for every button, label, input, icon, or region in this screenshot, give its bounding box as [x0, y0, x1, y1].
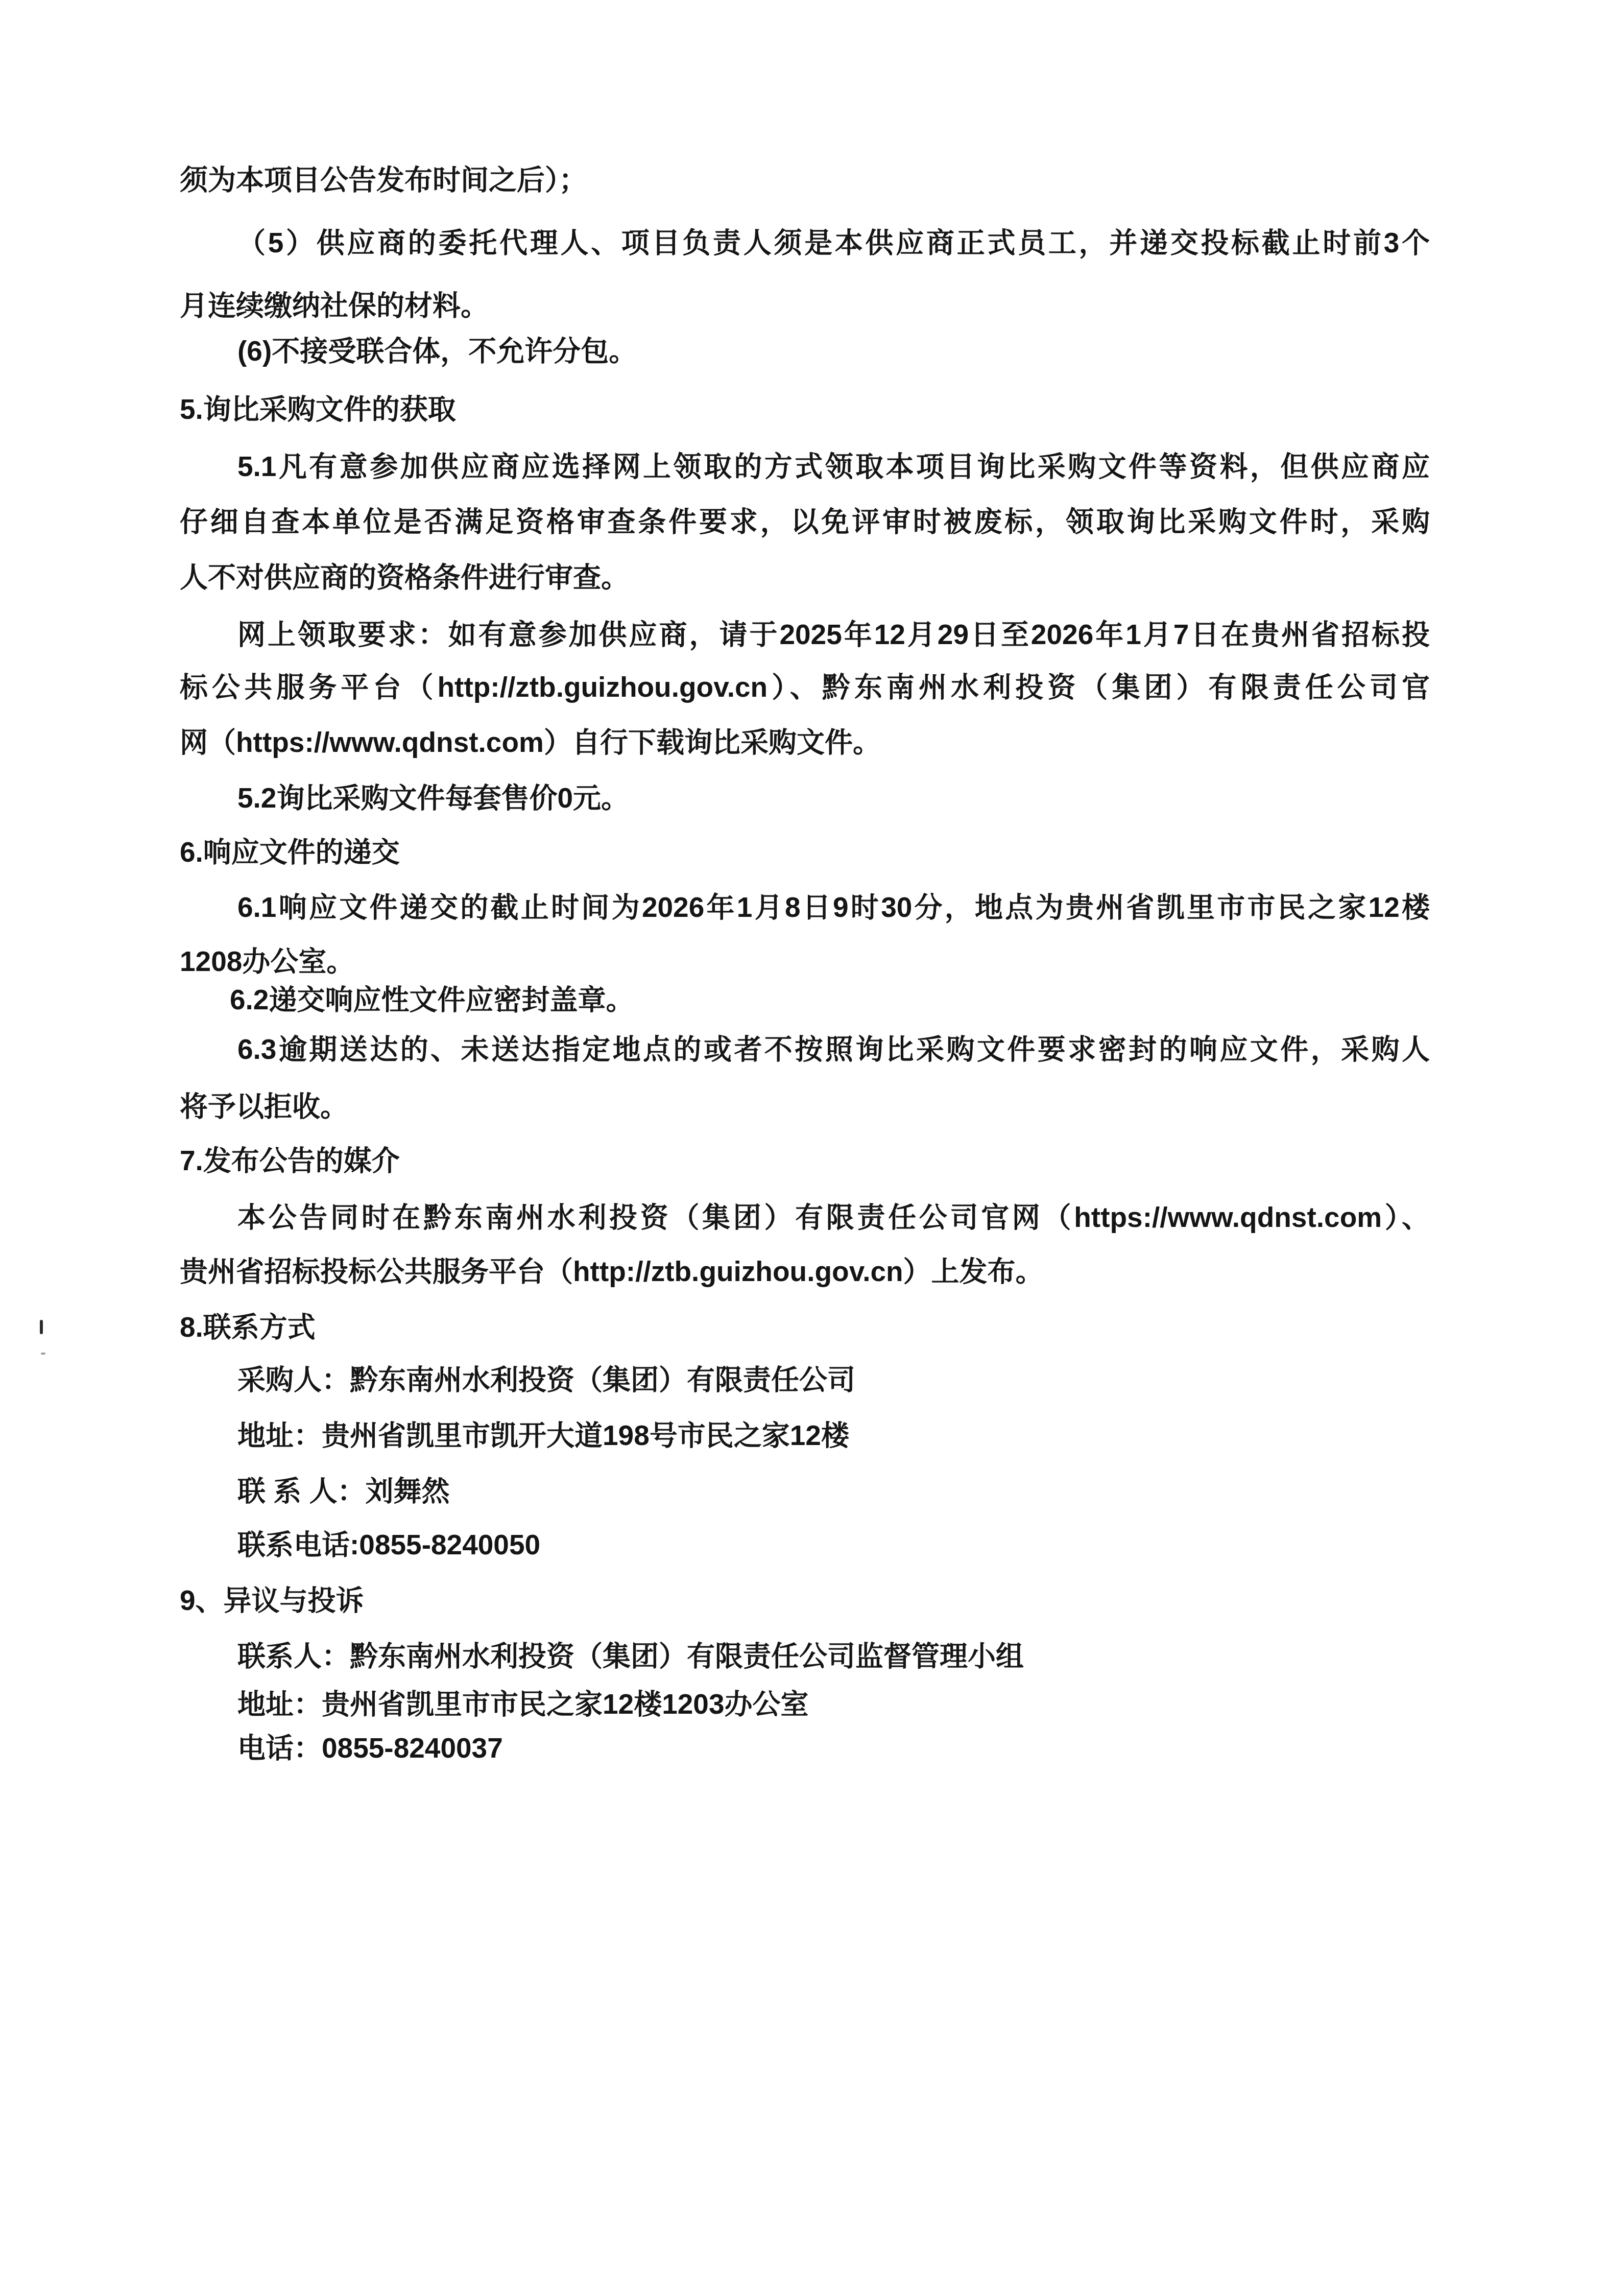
online-collection-line-2: 标公共服务平台（http://ztb.guizhou.gov.cn）、黔东南州水…	[180, 667, 1430, 707]
contact-phone-line: 联系电话:0855-8240050	[237, 1524, 1430, 1565]
clause-5-1-line-1: 5.1凡有意参加供应商应选择网上领取的方式领取本项目询比采购文件等资料，但供应商…	[237, 446, 1430, 487]
purchaser-address-line: 地址：贵州省凯里市凯开大道198号市民之家12楼	[237, 1415, 1430, 1456]
section-8-heading: 8.联系方式	[180, 1307, 1430, 1347]
media-line-1: 本公告同时在黔东南州水利投资（集团）有限责任公司官网（https://www.q…	[237, 1197, 1430, 1238]
complaint-address-line: 地址：贵州省凯里市市民之家12楼1203办公室	[237, 1684, 1430, 1724]
complaint-contact-line: 联系人：黔东南州水利投资（集团）有限责任公司监督管理小组	[237, 1636, 1430, 1676]
clause-5-1-line-2: 仔细自查本单位是否满足资格审查条件要求，以免评审时被废标，领取询比采购文件时，采…	[180, 501, 1430, 542]
contact-person-line: 联 系 人：刘舞然	[237, 1471, 1430, 1511]
purchaser-line: 采购人：黔东南州水利投资（集团）有限责任公司	[237, 1359, 1430, 1400]
document-page: 须为本项目公告发布时间之后）； （5）供应商的委托代理人、项目负责人须是本供应商…	[0, 0, 1607, 2296]
scan-artifact-mark	[40, 1320, 43, 1334]
media-line-2: 贵州省招标投标公共服务平台（http://ztb.guizhou.gov.cn）…	[180, 1251, 1430, 1292]
clause-6-3-line-1: 6.3逾期送达的、未送达指定地点的或者不按照询比采购文件要求密封的响应文件，采购…	[237, 1029, 1430, 1070]
section-7-heading: 7.发布公告的媒介	[180, 1140, 1430, 1181]
clause-5-line-2: 月连续缴纳社保的材料。	[180, 285, 1430, 326]
clause-6-line: (6)不接受联合体，不允许分包。	[237, 330, 1430, 371]
section-5-heading: 5.询比采购文件的获取	[180, 389, 1430, 430]
complaint-phone-line: 电话：0855-8240037	[237, 1727, 1430, 1768]
online-collection-line-3: 网（https://www.qdnst.com）自行下载询比采购文件。	[180, 722, 1430, 763]
section-6-heading: 6.响应文件的递交	[180, 832, 1430, 872]
online-collection-line-1: 网上领取要求：如有意参加供应商，请于2025年12月29日至2026年1月7日在…	[237, 614, 1430, 655]
scan-artifact-speck	[41, 1353, 45, 1355]
clause-6-2-line: 6.2递交响应性文件应密封盖章。	[230, 979, 1430, 1020]
clause-5-line-1: （5）供应商的委托代理人、项目负责人须是本供应商正式员工，并递交投标截止时前3个	[237, 222, 1430, 263]
clause-5-1-line-3: 人不对供应商的资格条件进行审查。	[180, 557, 1430, 598]
section-9-heading: 9、异议与投诉	[180, 1580, 1430, 1621]
clause-5-2-line: 5.2询比采购文件每套售价0元。	[237, 777, 1430, 818]
clause-6-1-line-2: 1208办公室。	[180, 941, 1430, 982]
intro-continuation-line: 须为本项目公告发布时间之后）；	[180, 159, 1430, 200]
clause-6-3-line-2: 将予以拒收。	[180, 1086, 1430, 1127]
clause-6-1-line-1: 6.1响应文件递交的截止时间为2026年1月8日9时30分，地点为贵州省凯里市市…	[237, 887, 1430, 928]
